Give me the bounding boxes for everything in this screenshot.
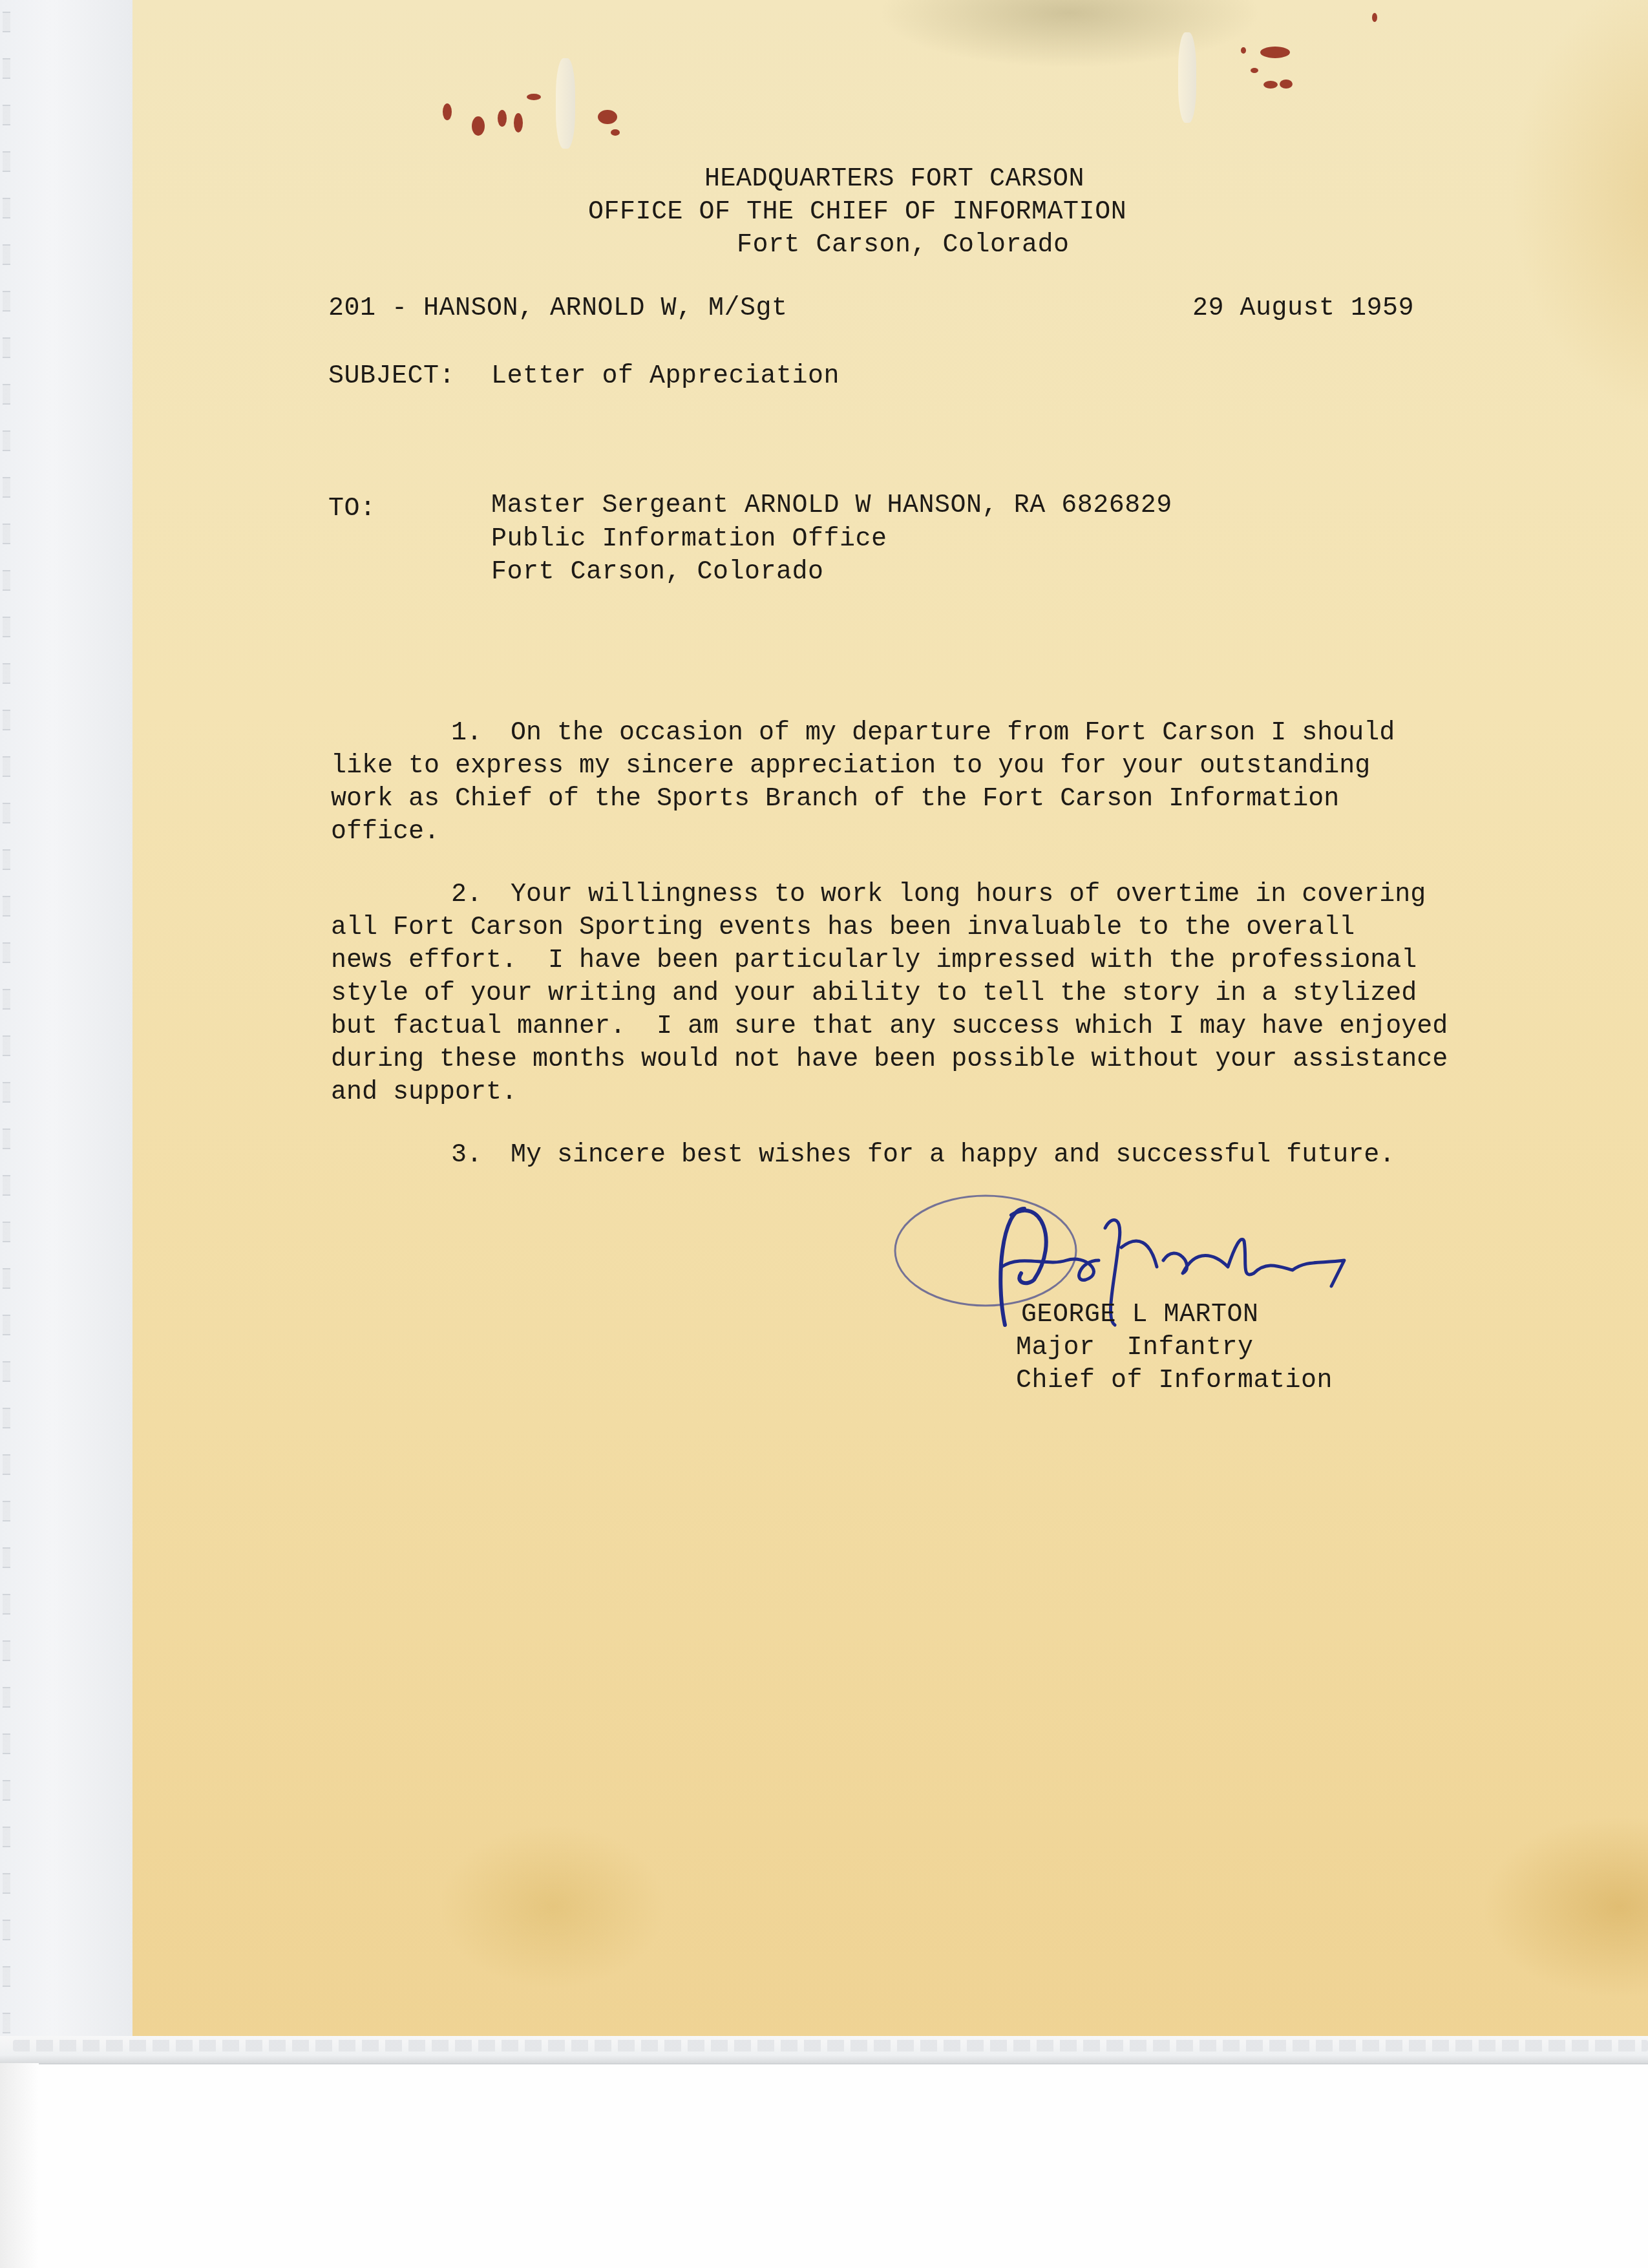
paragraph-line: during these months would not have been … xyxy=(331,1045,1448,1074)
subject-value: Letter of Appreciation xyxy=(491,362,840,391)
letterhead-line-3: Fort Carson, Colorado xyxy=(737,231,1070,260)
rust-stain xyxy=(1260,47,1290,58)
rust-stain xyxy=(611,129,620,136)
letterhead-line-1: HEADQUARTERS FORT CARSON xyxy=(704,165,1084,194)
rust-stain xyxy=(598,110,617,124)
paragraph-line: work as Chief of the Sports Branch of th… xyxy=(331,785,1339,814)
scan-shadow xyxy=(0,2063,39,2268)
paragraph-line: Your willingness to work long hours of o… xyxy=(511,880,1426,909)
staple-tear xyxy=(1178,32,1196,123)
signatory-title: Chief of Information xyxy=(1016,1366,1333,1395)
sheet-protector-bottom-edge xyxy=(0,2036,1648,2064)
paragraph-line: My sincere best wishes for a happy and s… xyxy=(511,1141,1395,1170)
paragraph-line: and support. xyxy=(331,1078,517,1107)
rust-stain xyxy=(498,110,507,127)
rust-stain xyxy=(1241,47,1246,54)
paragraph-line: all Fort Carson Sporting events has been… xyxy=(331,913,1355,942)
paragraph-line: style of your writing and your ability t… xyxy=(331,979,1417,1008)
paragraph-number: 1. xyxy=(451,719,482,748)
staple-tear xyxy=(556,58,575,149)
signatory-name: GEORGE L MARTON xyxy=(1021,1300,1259,1330)
rust-stain xyxy=(1372,13,1377,22)
rust-stain xyxy=(527,94,541,100)
rust-stain xyxy=(1251,68,1258,73)
rust-stain xyxy=(443,103,452,120)
rust-stain xyxy=(1263,81,1278,89)
paragraph-line: but factual manner. I am sure that any s… xyxy=(331,1012,1448,1041)
sheet-protector-perforations xyxy=(3,0,10,2042)
rust-stain xyxy=(514,113,523,132)
paragraph-line: like to express my sincere appreciation … xyxy=(331,752,1370,781)
file-reference: 201 - HANSON, ARNOLD W, M/Sgt xyxy=(328,294,788,323)
paragraph-number: 2. xyxy=(451,880,482,909)
rust-stain xyxy=(1280,79,1293,89)
paragraph-line: news effort. I have been particularly im… xyxy=(331,946,1417,975)
to-address-line: Fort Carson, Colorado xyxy=(491,558,824,587)
letter-date: 29 August 1959 xyxy=(1192,294,1414,323)
to-label: TO: xyxy=(328,494,376,524)
paragraph-line: On the occasion of my departure from For… xyxy=(511,719,1395,748)
subject-label: SUBJECT: xyxy=(328,362,455,391)
sheet-protector-perforations xyxy=(13,2040,1648,2051)
rust-stain xyxy=(472,116,485,136)
signatory-rank: Major Infantry xyxy=(1016,1333,1254,1362)
paragraph-number: 3. xyxy=(451,1141,482,1170)
sheet-protector-left-edge xyxy=(0,0,132,2042)
to-address-line: Public Information Office xyxy=(491,525,887,554)
to-address-line: Master Sergeant ARNOLD W HANSON, RA 6826… xyxy=(491,491,1172,520)
paragraph-line: office. xyxy=(331,818,439,847)
letterhead-line-2: OFFICE OF THE CHIEF OF INFORMATION xyxy=(588,198,1126,227)
